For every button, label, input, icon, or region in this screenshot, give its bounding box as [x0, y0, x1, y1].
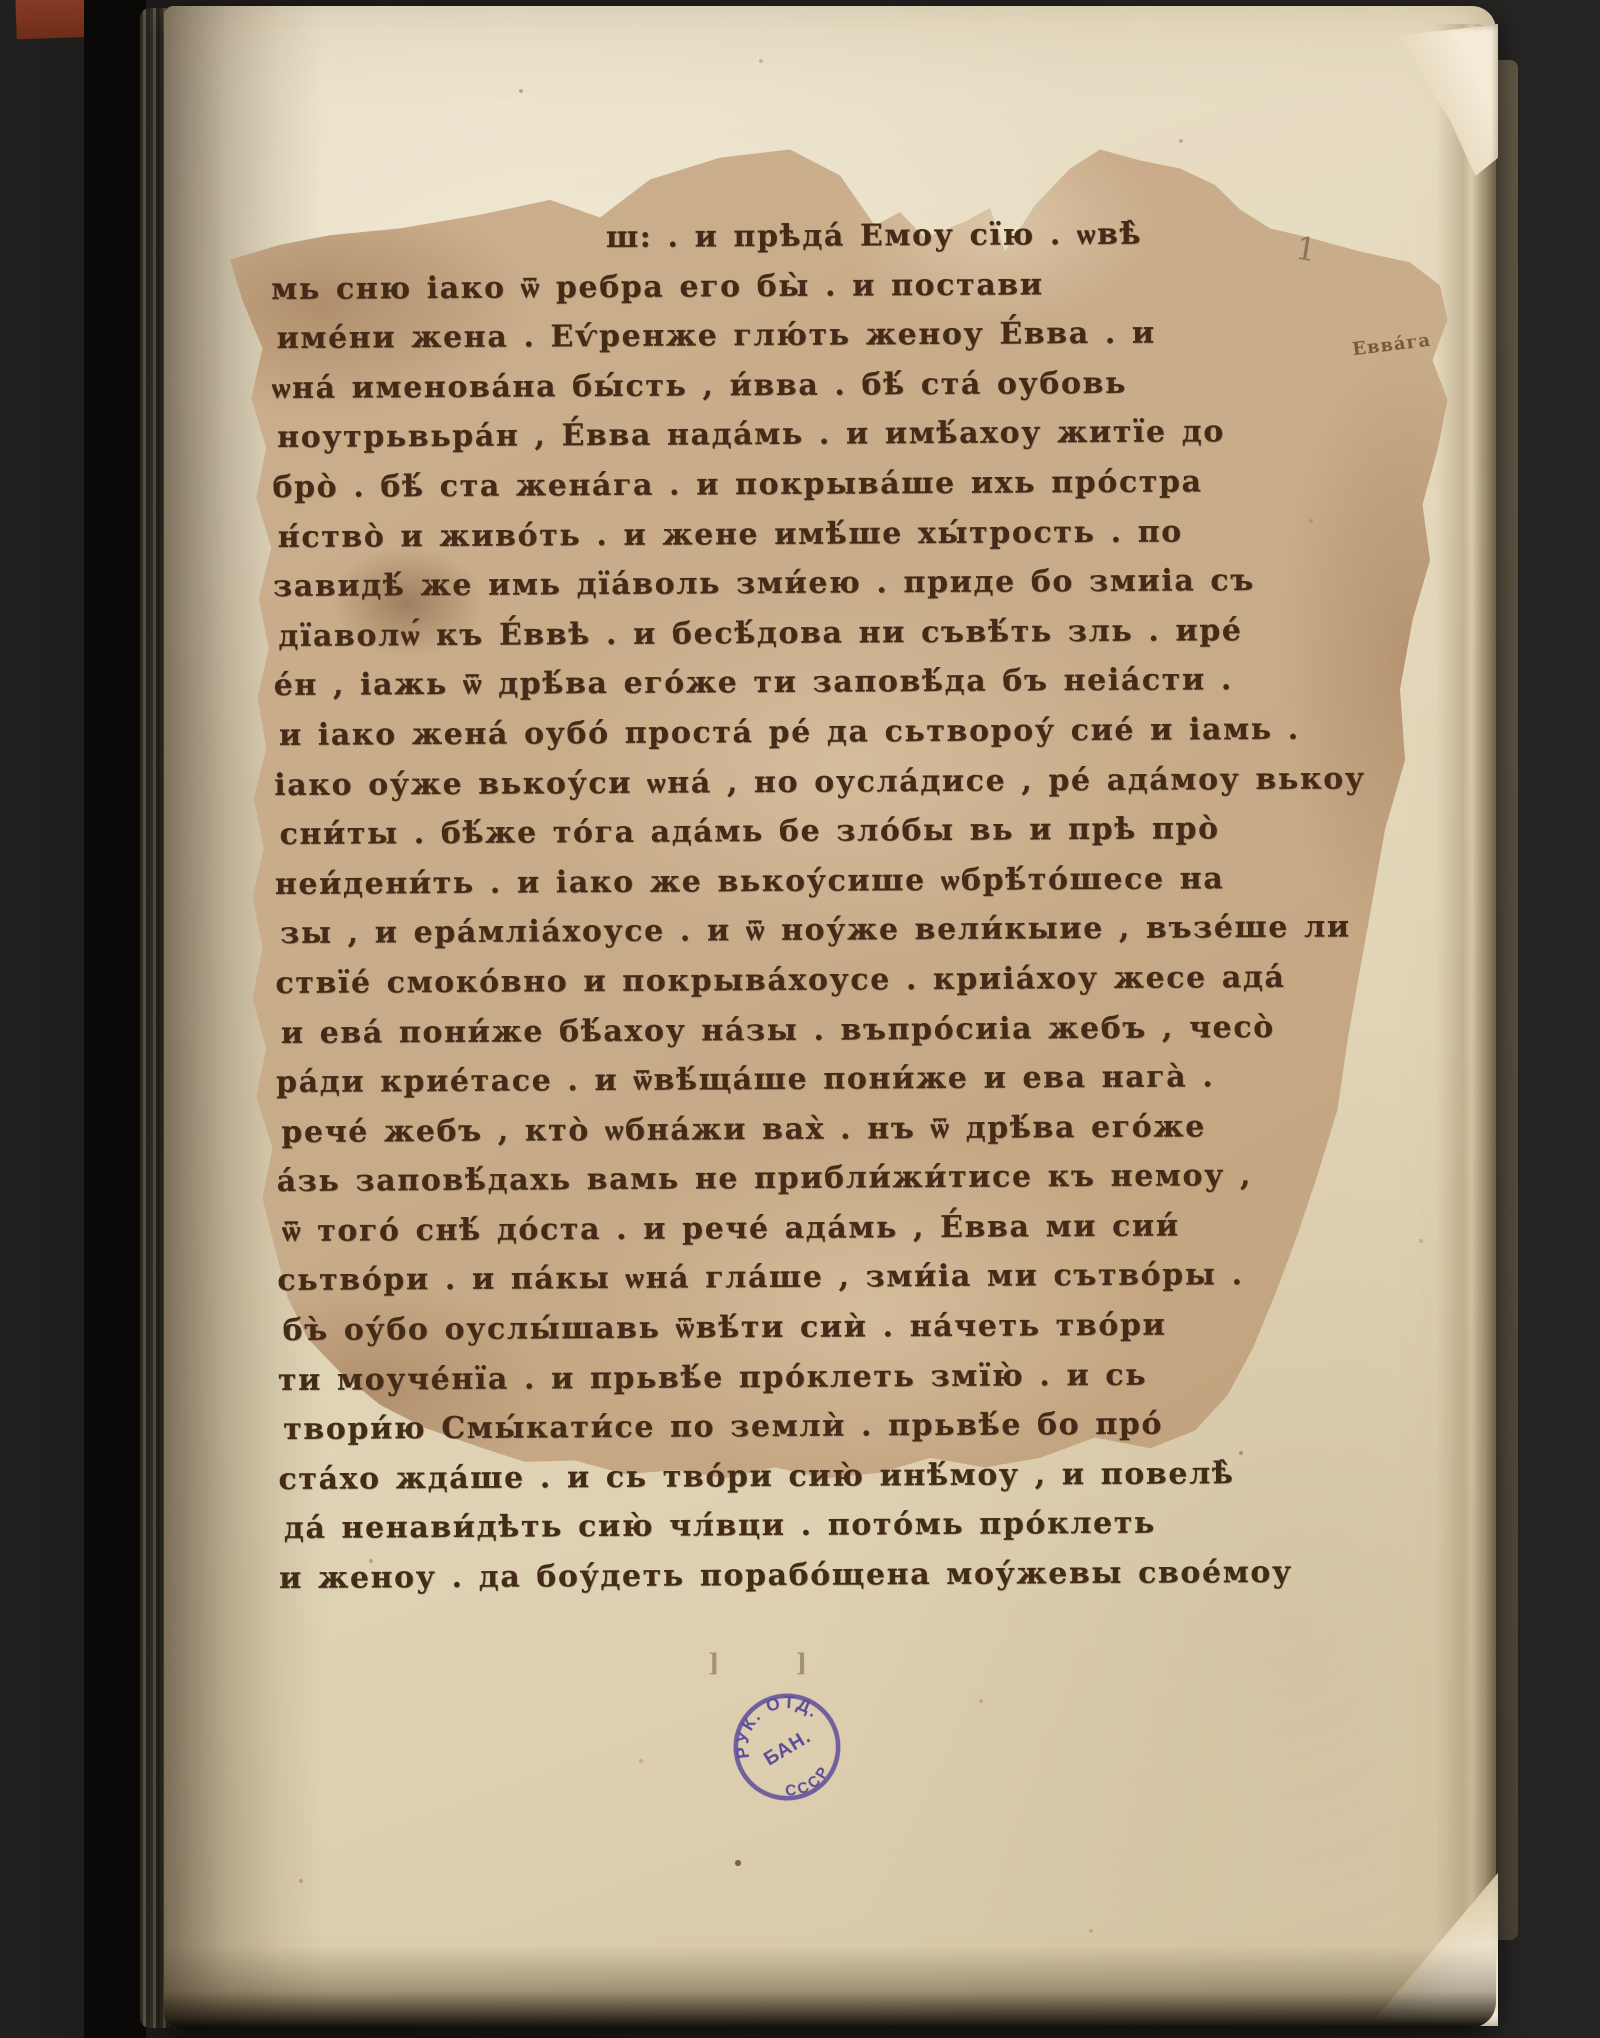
- text-line: ѡна́ именова́на бы́сть , и́вва . бѣ́ ста…: [272, 358, 1257, 414]
- text-line: дїаволѡ́ къ Е́ввѣ . и бесѣ́дова ни съвѣ́…: [278, 606, 1258, 662]
- text-line: ствїе́ смоко́вно и покрыва́хоусе . криіа…: [275, 953, 1260, 1009]
- right-under-pages: [1496, 60, 1518, 1940]
- text-line: бро̀ . бѣ́ ста жена́га . и покрыва́ше их…: [272, 457, 1257, 513]
- text-line: ѿ того́ снѣ́ до́ста . и рече́ ада́мь , Е…: [282, 1201, 1262, 1257]
- text-line: сни́ты . бѣ́же то́га ада́мь бе зло́бы вь…: [279, 804, 1259, 860]
- text-line: и іако жена́ оубо́ проста́ ре́ да сьтвор…: [279, 705, 1259, 761]
- text-line: а́зь заповѣ́дахь вамь не прибли́жи́тисе …: [277, 1151, 1262, 1207]
- text-line: неи́дени́ть . и іако же вькоу́сише ѡбрѣ́…: [275, 854, 1260, 910]
- paper-specks: [0, 0, 2, 2]
- text-line: и ева́ пони́же бѣ́ахоу на́зы . въпро́сиі…: [281, 1003, 1261, 1059]
- text-line: име́ни жена . Еѵ́ренже глю́ть женоу Е́вв…: [276, 308, 1256, 364]
- text-line: завидѣ́ же имь дїа́воль зми́ею . приде б…: [273, 556, 1258, 612]
- text-line: сьтво́ри . и па́кы ѡна́ гла́ше , зми́іа …: [277, 1250, 1262, 1306]
- text-line: бъ̀ оу́бо оуслы́шавь ѿвѣ́ти сиѝ . на́чет…: [282, 1300, 1262, 1356]
- text-line: ра́ди крие́тасе . и ѿвѣ́ща́ше пони́же и …: [276, 1052, 1261, 1108]
- text-line: и женоу . да боу́деть порабо́щена моу́же…: [279, 1548, 1264, 1604]
- text-line: е́н , іажь ѿ дрѣ́ва его́же ти заповѣ́да …: [273, 655, 1258, 711]
- text-line: да́ ненави́дѣть сию̀ чл́вци . пото́мь пр…: [284, 1498, 1264, 1554]
- book-spine: [84, 0, 146, 2038]
- manuscript-photo: ш: . и прѣда́ Емоу сїю . ѡвѣ̀мь сню іако…: [0, 0, 1600, 2038]
- text-line: мь сню іако ѿ ребра его бы̀ . и постави: [271, 259, 1256, 315]
- text-line: твори́ю Смы́кати́се по землѝ . прьвѣ́е б…: [283, 1399, 1263, 1455]
- binding-red-corner: [15, 0, 94, 39]
- text-line: ста́хо жда́ше . и сь тво́ри сию̀ инѣ́моу…: [278, 1449, 1263, 1505]
- text-line: ти моуче́нїа . и прьвѣ́е про́клеть змїю̀…: [278, 1350, 1263, 1406]
- text-block: ш: . и прѣда́ Емоу сїю . ѡвѣ̀мь сню іако…: [276, 209, 1264, 1604]
- text-line: н́ство̀ и живо́ть . и жене имѣ́ше хы́тро…: [278, 507, 1258, 563]
- text-line: іако оу́же вькоу́си ѡна́ , но оусла́дисе…: [274, 755, 1259, 811]
- text-line: рече́ жебъ , кто̀ ѡбна́жи вах̀ . нъ ѿ др…: [281, 1102, 1261, 1158]
- text-line: зы , и ера́мліа́хоусе . и ѿ ноу́же вели́…: [280, 903, 1260, 959]
- stamp-text-middle: БАН.: [760, 1725, 815, 1770]
- bottom-page-shadow: [164, 1946, 1496, 2028]
- text-line: ноутрьвьра́н , Е́вва нада́мь . и имѣ́ахо…: [277, 407, 1257, 463]
- text-line: ш: . и прѣда́ Емоу сїю . ѡвѣ̀: [276, 209, 1256, 265]
